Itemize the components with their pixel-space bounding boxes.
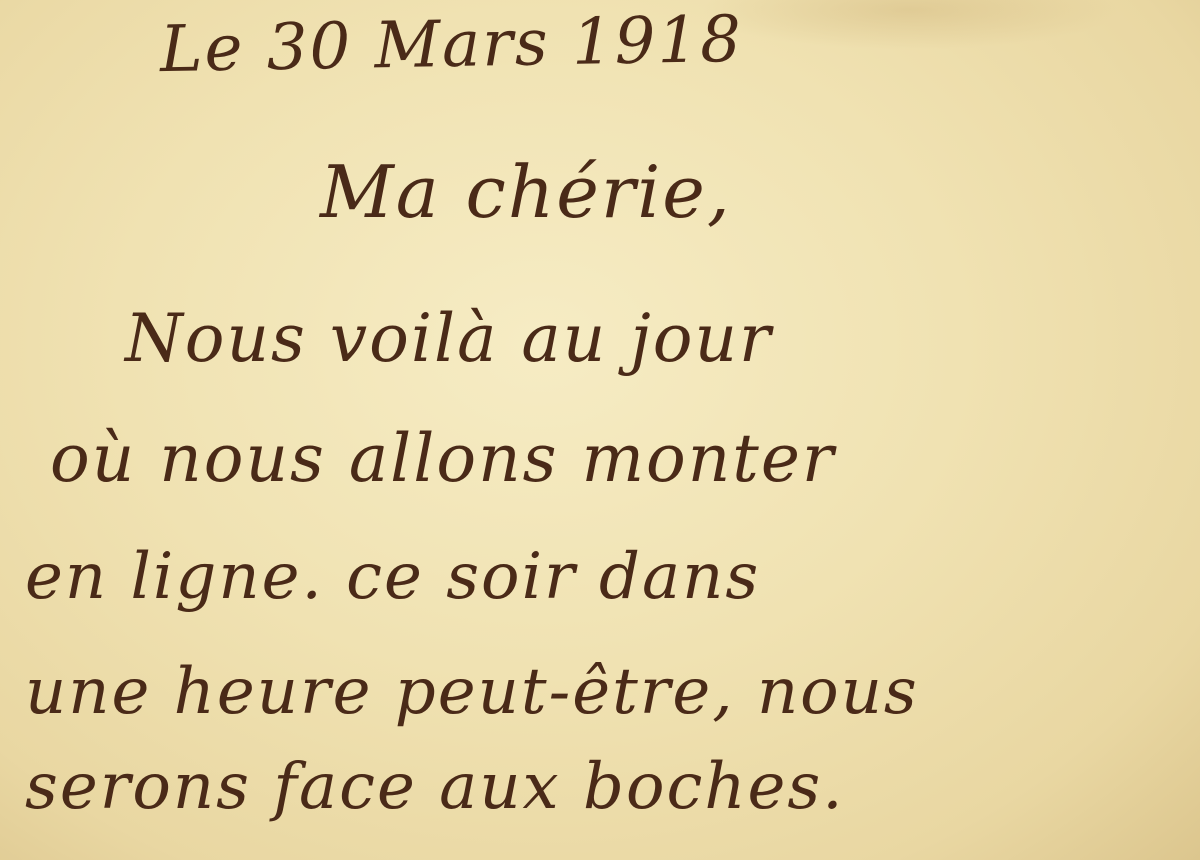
letter-line: en ligne. ce soir dans [25, 540, 760, 614]
letter-line: serons face aux boches. [25, 750, 845, 824]
letter-line: une heure peut-être, nous [25, 655, 919, 729]
letter-date: Le 30 Mars 1918 [159, 3, 743, 87]
paper-stain [700, 0, 1120, 50]
letter-line: où nous allons monter [50, 420, 835, 497]
letter-salutation: Ma chérie, [320, 150, 732, 234]
letter-line: Nous voilà au jour [125, 300, 773, 377]
